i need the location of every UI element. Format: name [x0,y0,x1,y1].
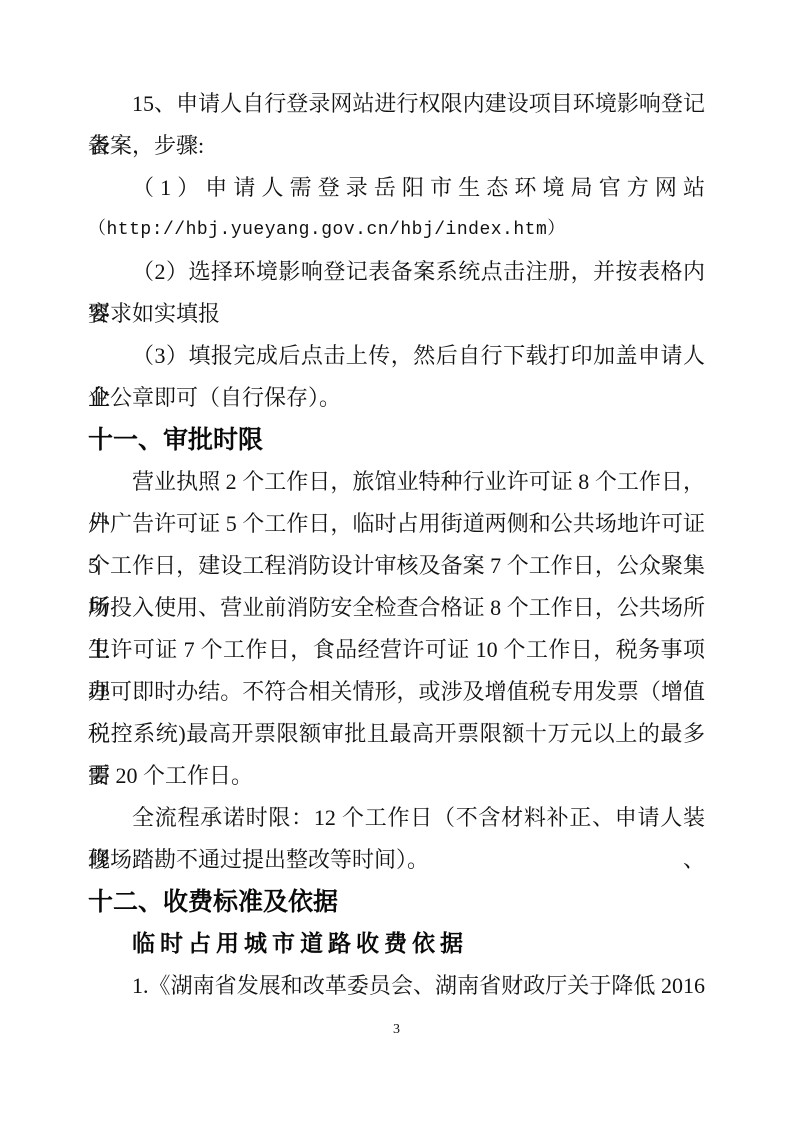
document-page: 15、申请人自行登录网站进行权限内建设项目环境影响登记表 备案，步骤: （1）申… [0,0,793,1122]
section-heading-approval-time-limit: 十一、审批时限 [88,419,705,461]
paragraph-line: 生许可证 7 个工作日，食品经营许可证 10 个工作日，税务事项办 [88,629,705,671]
subheading-road-occupation-fee-basis: 临时占用城市道路收费依据 [88,923,705,965]
step-2-line: （2）选择环境影响登记表备案系统点击注册，并按表格内容 [88,251,705,293]
paragraph-line: 外广告许可证 5 个工作日，临时占用街道两侧和公共场地许可证 5 [88,503,705,545]
step-1-line: （1）申请人需登录岳阳市生态环境局官方网站 [88,167,705,209]
step-3-line: （3）填报完成后点击上传，然后自行下载打印加盖申请人企 [88,335,705,377]
paragraph-line: 所投入使用、营业前消防安全检查合格证 8 个工作日，公共场所卫 [88,587,705,629]
section-heading-fee-standards: 十二、收费标准及依据 [88,881,705,923]
paragraph-line: 个工作日，建设工程消防设计审核及备案 7 个工作日，公众聚集场 [88,545,705,587]
website-url: （http://hbj.yueyang.gov.cn/hbj/index.htm… [88,209,705,251]
page-number: 3 [0,1020,793,1040]
step-2-line: 要求如实填报 [88,293,705,335]
paragraph-line: 理可即时办结。不符合相关情形，或涉及增值税专用发票（增值税 [88,671,705,713]
step-3-line: 业公章即可（自行保存）。 [88,377,705,419]
paragraph-line: 要 20 个工作日。 [88,755,705,797]
paragraph-line: 备案，步骤: [88,125,705,167]
paragraph-line: 1.《湖南省发展和改革委员会、湖南省财政厅关于降低 2016 [88,965,705,1007]
paragraph-line: 15、申请人自行登录网站进行权限内建设项目环境影响登记表 [88,83,705,125]
paragraph-line: 全流程承诺时限：12 个工作日（不含材料补正、申请人装修、 [88,797,705,839]
paragraph-line: 营业执照 2 个工作日，旅馆业特种行业许可证 8 个工作日，户 [88,461,705,503]
paragraph-line: 税控系统)最高开票限额审批且最高开票限额十万元以上的最多需 [88,713,705,755]
